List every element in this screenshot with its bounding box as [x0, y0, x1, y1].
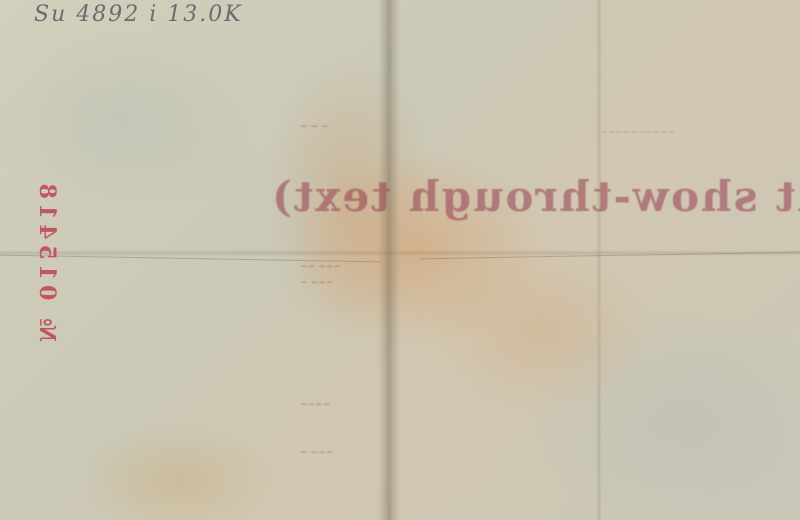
show-through-text: Drei Mark (faint show-through text) [270, 172, 800, 221]
pencil-annotation: Su 4892 i 13.0K [34, 2, 243, 27]
show-through-detail: ~~~~~~~~~~ [600, 128, 675, 138]
serial-number: № 015418 [36, 142, 60, 342]
show-through-detail: ~~~ ~ [300, 278, 333, 288]
show-through-detail: ~~~ ~ [300, 448, 333, 458]
vertical-fold [378, 0, 400, 520]
vertical-crease [596, 0, 602, 520]
banknote-reverse: Su 4892 i 13.0K № 015418 Drei Mark (fain… [0, 0, 800, 520]
show-through-detail: ~~~ ~~ [300, 262, 341, 272]
show-through-detail: ~~~~ [300, 400, 330, 410]
show-through-detail: ~ ~ ~ [300, 122, 329, 132]
